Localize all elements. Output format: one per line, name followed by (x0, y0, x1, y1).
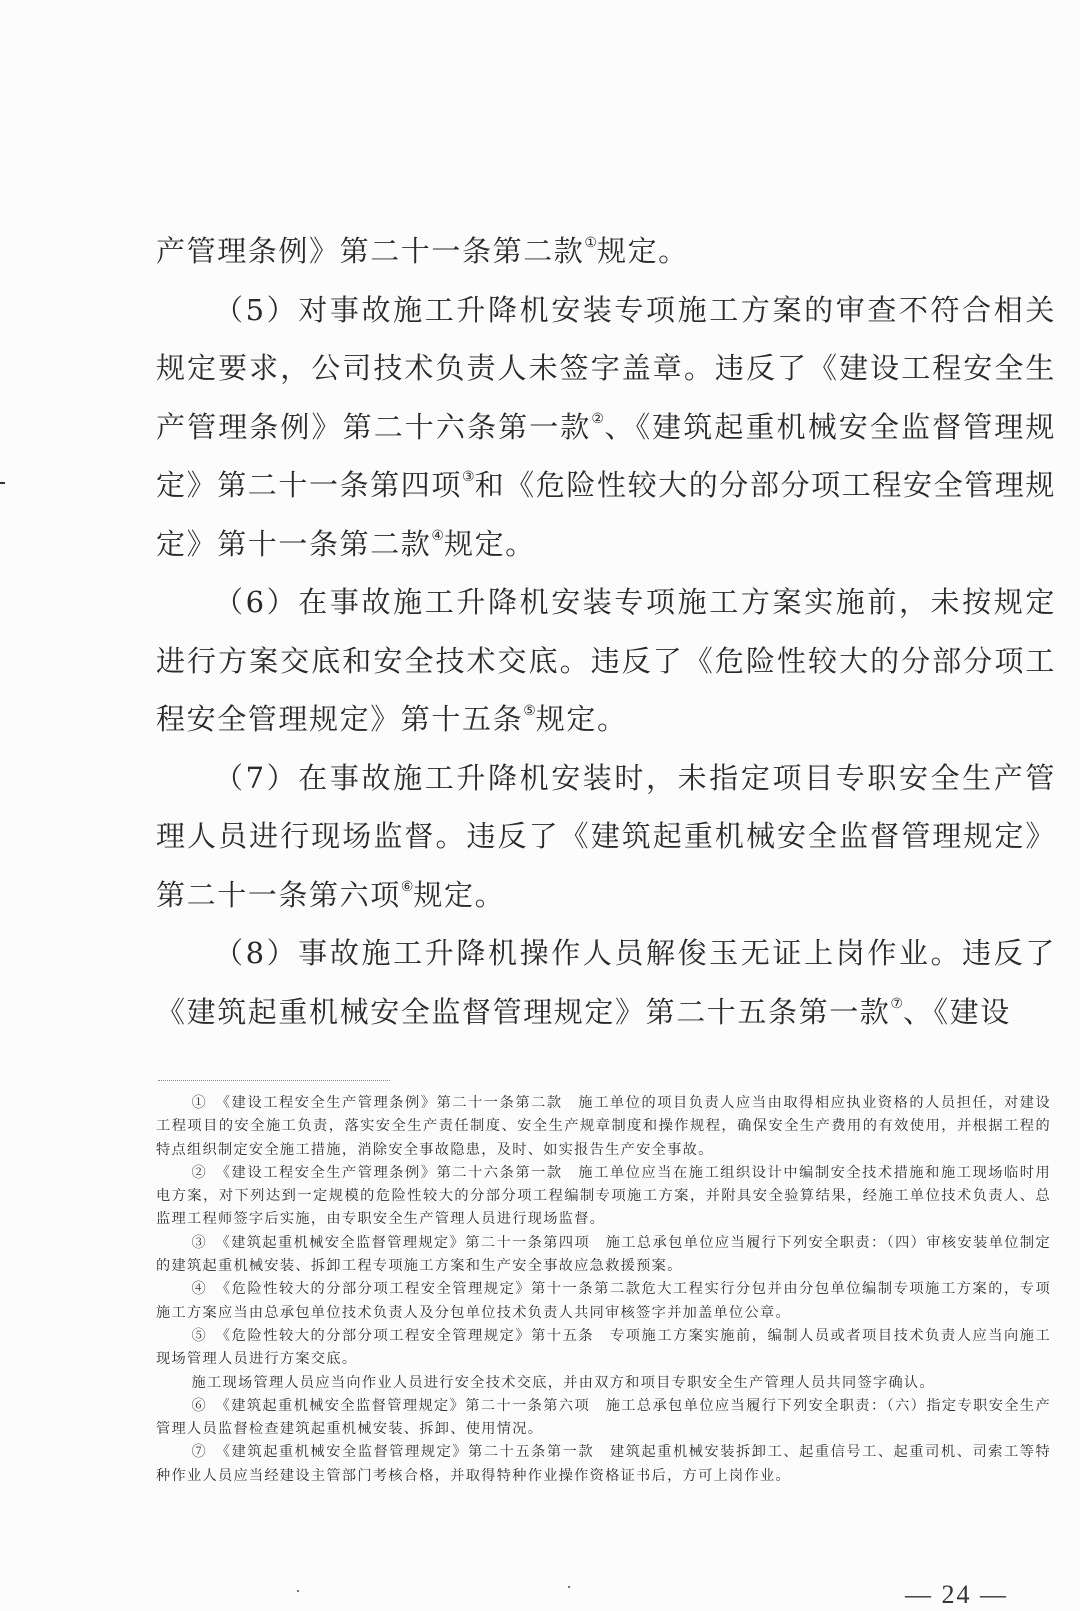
footnote-item: ⑦ 《建筑起重机械安全监督管理规定》第二十五条第一款 建筑起重机械安装拆卸工、起… (156, 1441, 1051, 1488)
footnote-reference[interactable]: ③ (462, 469, 475, 485)
paragraph-text: 产管理条例》第二十一条第二款 (156, 234, 584, 268)
paragraph-text: 规定。 (597, 234, 689, 268)
paragraph-text: 、《建设 (903, 995, 1011, 1029)
body-paragraph: （7）在事故施工升降机安装时，未指定项目专职安全生产管理人员进行现场监督。违反了… (156, 749, 1056, 925)
footnote-reference[interactable]: ② (591, 411, 604, 427)
scan-speck (568, 1586, 570, 1588)
page-number: — 24 — (905, 1580, 1008, 1610)
footnote-reference[interactable]: ⑥ (401, 879, 414, 895)
body-text: 产管理条例》第二十一条第二款①规定。（5）对事故施工升降机安装专项施工方案的审查… (156, 222, 1056, 1041)
footnote-reference[interactable]: ① (584, 235, 597, 251)
body-paragraph: 产管理条例》第二十一条第二款①规定。 (156, 222, 1056, 281)
document-page: 产管理条例》第二十一条第二款①规定。（5）对事故施工升降机安装专项施工方案的审查… (0, 0, 1080, 1611)
footnote-item: ③ 《建筑起重机械安全监督管理规定》第二十一条第四项 施工总承包单位应当履行下列… (156, 1232, 1051, 1279)
scan-speck (297, 1590, 299, 1592)
paragraph-text: 规定。 (444, 527, 536, 561)
footnote-item: ① 《建设工程安全生产管理条例》第二十一条第二款 施工单位的项目负责人应当由取得… (156, 1092, 1051, 1162)
body-paragraph: （6）在事故施工升降机安装专项施工方案实施前，未按规定进行方案交底和安全技术交底… (156, 573, 1056, 749)
footnote-item: ② 《建设工程安全生产管理条例》第二十六条第一款 施工单位应当在施工组织设计中编… (156, 1162, 1051, 1232)
footnote-reference[interactable]: ⑦ (890, 996, 903, 1012)
footnote-item: 施工现场管理人员应当向作业人员进行安全技术交底，并由双方和项目专职安全生产管理人… (156, 1372, 1051, 1395)
paragraph-text: 规定。 (536, 702, 628, 736)
scan-margin-mark (0, 482, 5, 484)
footnote-item: ④ 《危险性较大的分部分项工程安全管理规定》第十一条第二款危大工程实行分包并由分… (156, 1278, 1051, 1325)
footnote-separator (158, 1080, 390, 1081)
body-paragraph: （8）事故施工升降机操作人员解俊玉无证上岗作业。违反了《建筑起重机械安全监督管理… (156, 924, 1056, 1041)
paragraph-text: 规定。 (413, 878, 505, 912)
footnote-reference[interactable]: ⑤ (523, 703, 536, 719)
body-paragraph: （5）对事故施工升降机安装专项施工方案的审查不符合相关规定要求，公司技术负责人未… (156, 281, 1056, 574)
footnote-reference[interactable]: ④ (431, 528, 444, 544)
paragraph-text: （7）在事故施工升降机安装时，未指定项目专职安全生产管理人员进行现场监督。违反了… (156, 761, 1056, 912)
footnote-item: ⑥ 《建筑起重机械安全监督管理规定》第二十一条第六项 施工总承包单位应当履行下列… (156, 1395, 1051, 1442)
footnotes: ① 《建设工程安全生产管理条例》第二十一条第二款 施工单位的项目负责人应当由取得… (156, 1092, 1051, 1488)
footnote-item: ⑤ 《危险性较大的分部分项工程安全管理规定》第十五条 专项施工方案实施前，编制人… (156, 1325, 1051, 1372)
